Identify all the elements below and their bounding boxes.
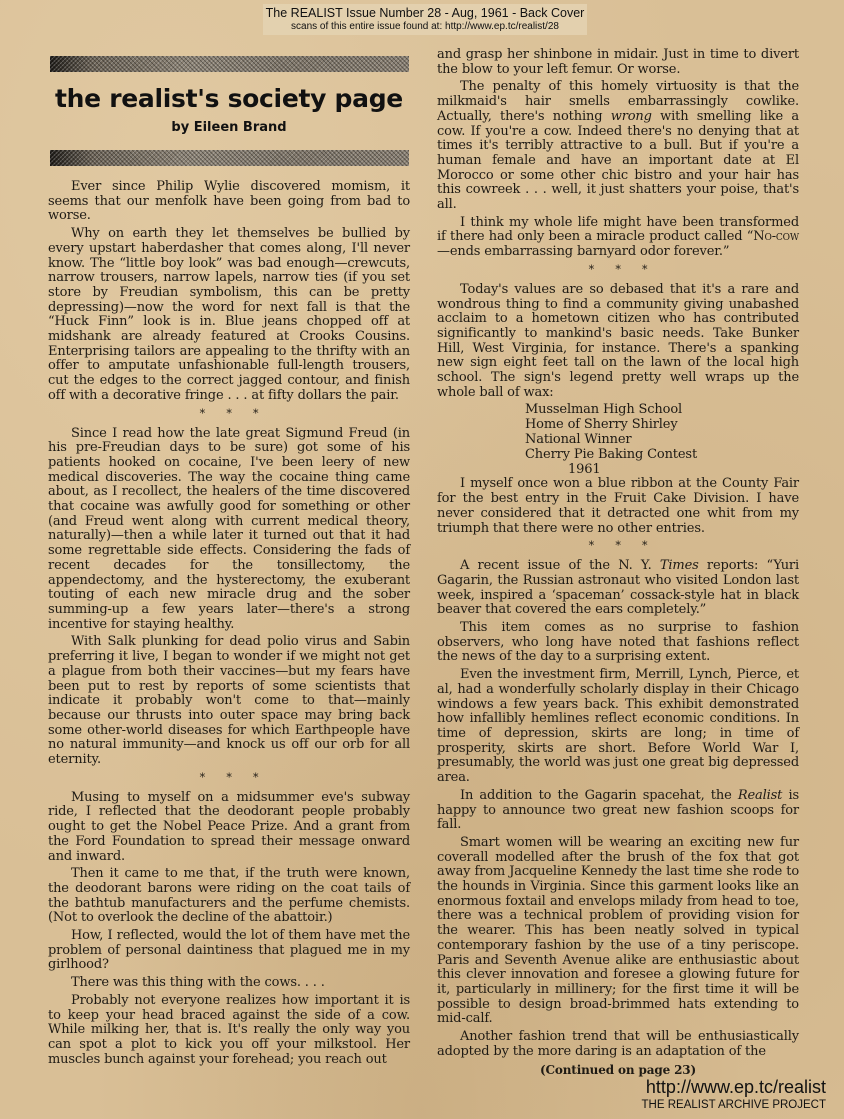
- paragraph: In addition to the Gagarin spacehat, the…: [437, 789, 799, 833]
- paragraph: The penalty of this homely virtuosity is…: [437, 80, 799, 212]
- paragraph: Ever since Philip Wylie discovered momis…: [48, 180, 410, 224]
- paragraph: With Salk plunking for dead polio virus …: [48, 635, 410, 767]
- section-separator: * * *: [437, 263, 799, 277]
- sign-line: Home of Sherry Shirley: [525, 418, 799, 433]
- continued-notice: (Continued on page 23): [437, 1063, 799, 1078]
- paragraph: Today's values are so debased that it's …: [437, 283, 799, 401]
- paragraph: Another fashion trend that will be enthu…: [437, 1030, 799, 1059]
- left-column: Ever since Philip Wylie discovered momis…: [48, 180, 410, 1070]
- paragraph: I think my whole life might have been tr…: [437, 216, 799, 260]
- paragraph: Then it came to me that, if the truth we…: [48, 867, 410, 926]
- section-separator: * * *: [48, 407, 410, 421]
- paragraph: How, I reflected, would the lot of them …: [48, 929, 410, 973]
- archive-header: The REALIST Issue Number 28 - Aug, 1961 …: [263, 4, 587, 35]
- paragraph: I myself once won a blue ribbon at the C…: [437, 477, 799, 536]
- sign-legend: Musselman High School Home of Sherry Shi…: [525, 403, 799, 477]
- emphasis: Realist: [738, 788, 782, 803]
- emphasis: Times: [660, 558, 699, 573]
- paragraph: Since I read how the late great Sigmund …: [48, 427, 410, 633]
- section-separator: * * *: [437, 539, 799, 553]
- paragraph: Even the investment firm, Merrill, Lynch…: [437, 668, 799, 786]
- halftone-rule-top: [50, 56, 409, 72]
- paragraph: Smart women will be wearing an exciting …: [437, 836, 799, 1027]
- archive-url[interactable]: http://www.ep.tc/realist: [646, 1077, 826, 1098]
- emphasis: wrong: [611, 109, 652, 124]
- paragraph: and grasp her shinbone in midair. Just i…: [437, 48, 799, 77]
- paragraph: Probably not everyone realizes how impor…: [48, 994, 410, 1068]
- right-column: and grasp her shinbone in midair. Just i…: [437, 48, 799, 1078]
- sign-line: Musselman High School: [525, 403, 799, 418]
- paragraph: A recent issue of the N. Y. Times report…: [437, 559, 799, 618]
- archive-header-title: The REALIST Issue Number 28 - Aug, 1961 …: [263, 4, 587, 21]
- paragraph: There was this thing with the cows. . . …: [48, 976, 410, 991]
- paragraph: Why on earth they let themselves be bull…: [48, 227, 410, 403]
- archive-header-link: scans of this entire issue found at: htt…: [263, 21, 587, 33]
- section-separator: * * *: [48, 771, 410, 785]
- sign-line: National Winner: [525, 433, 799, 448]
- article-title: the realist's society page: [48, 84, 410, 113]
- archive-project-label: THE REALIST ARCHIVE PROJECT: [642, 1099, 826, 1111]
- sign-line: Cherry Pie Baking Contest: [525, 448, 799, 463]
- paragraph: Musing to myself on a midsummer eve's su…: [48, 791, 410, 865]
- halftone-rule-bottom: [50, 150, 409, 166]
- article-byline: by Eileen Brand: [48, 120, 410, 135]
- paragraph: This item comes as no surprise to fashio…: [437, 621, 799, 665]
- sign-line: 1961: [525, 463, 799, 478]
- product-name: No-cow: [753, 229, 799, 244]
